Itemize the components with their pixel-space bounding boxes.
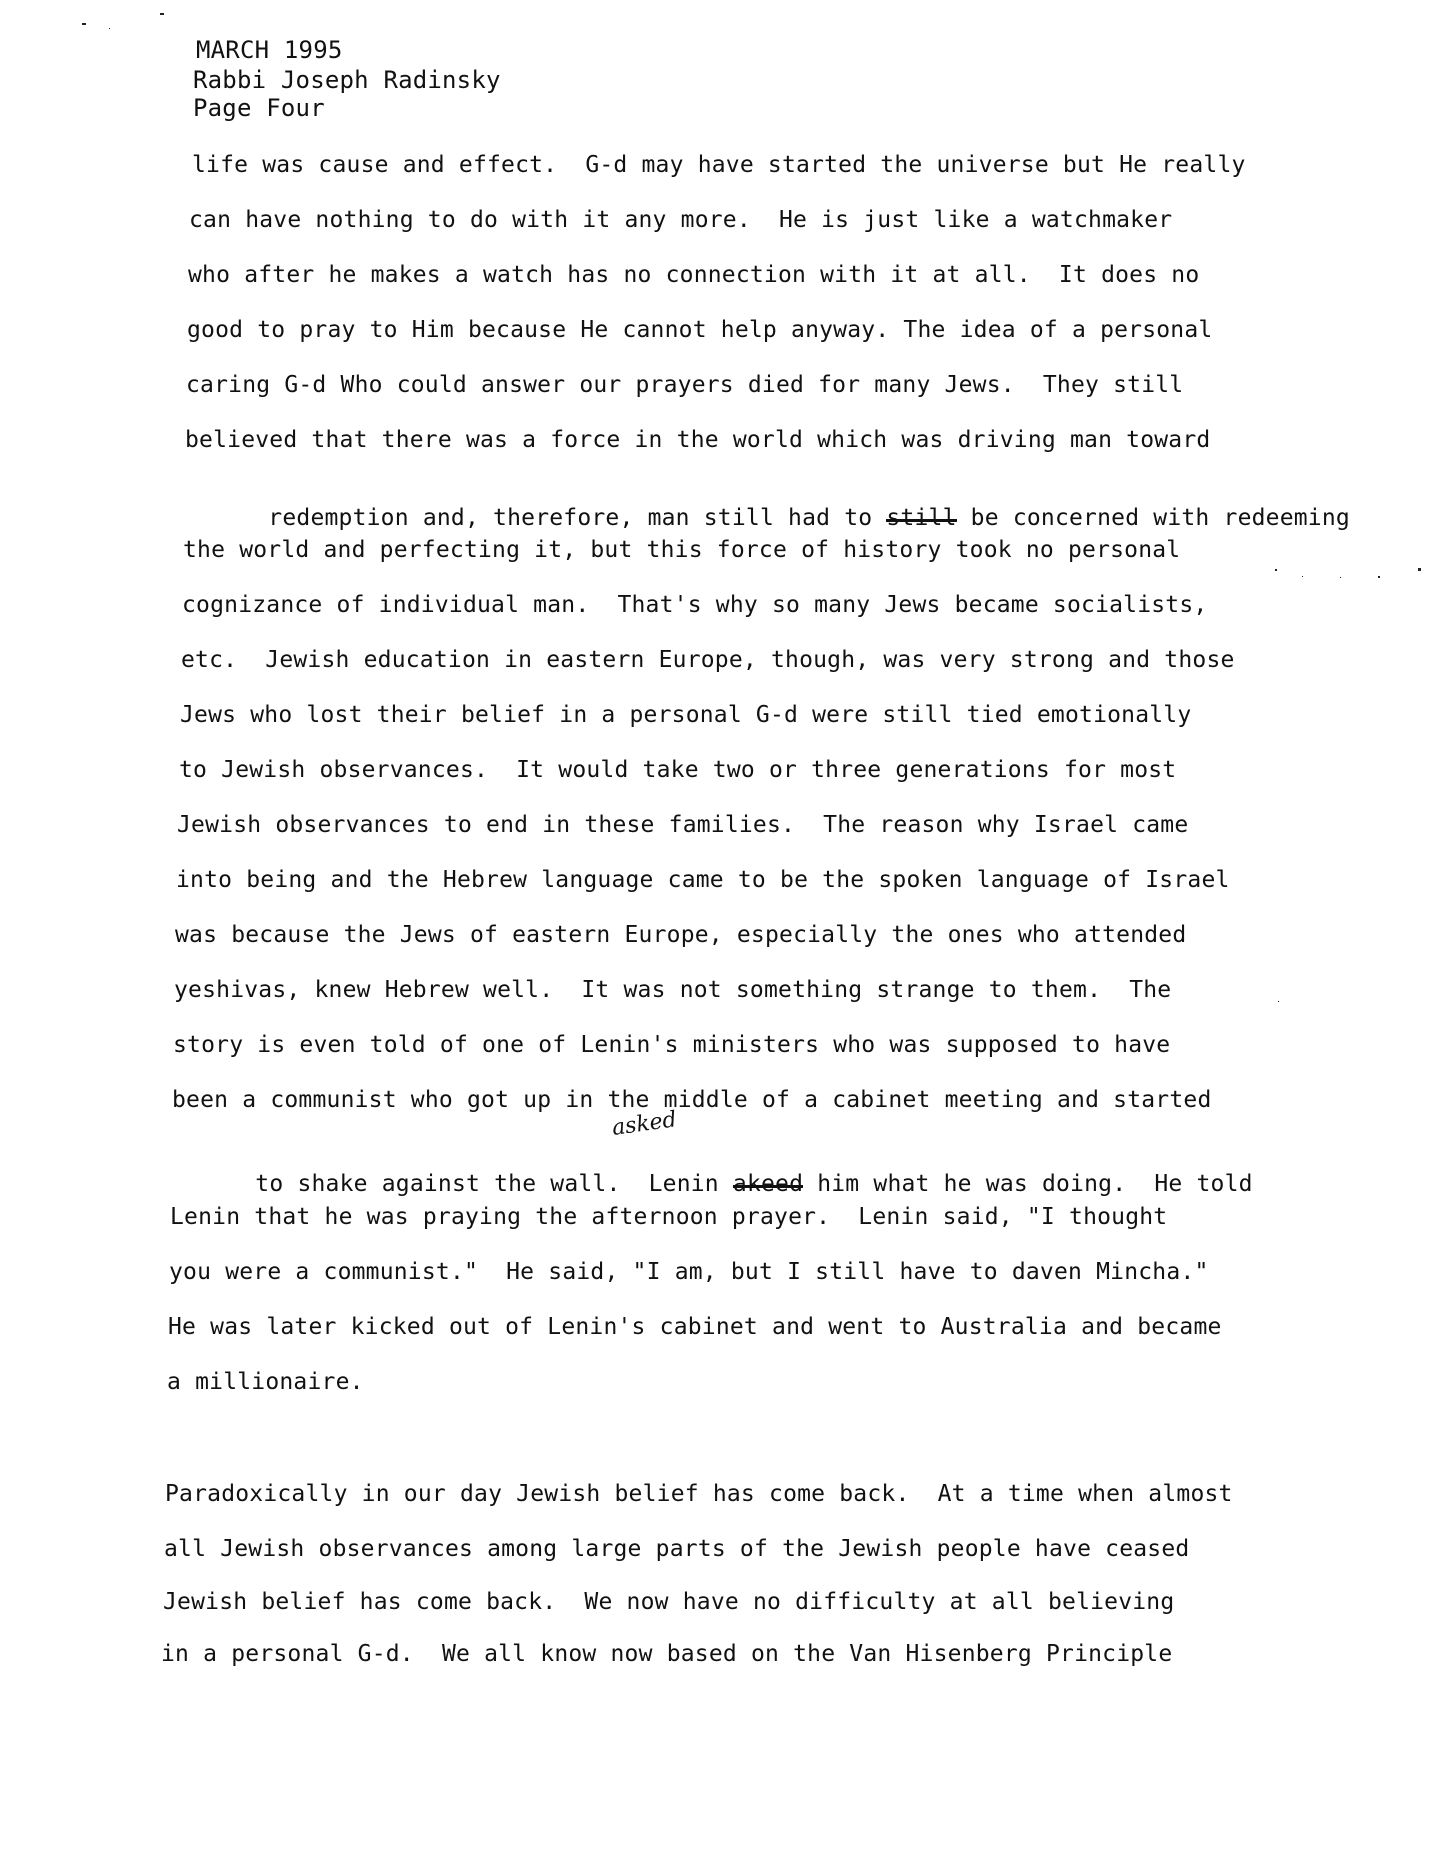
scan-speck: [1418, 568, 1421, 571]
scan-speck: [160, 13, 164, 15]
text-line: to Jewish observances. It would take two…: [179, 759, 1176, 782]
header-date: MARCH 1995: [196, 38, 343, 62]
text-line: Lenin that he was praying the afternoon …: [170, 1206, 1167, 1229]
text-line: cognizance of individual man. That's why…: [182, 594, 1207, 617]
text-line: Jewish observances to end in these famil…: [177, 814, 1188, 837]
text-segment: to shake against the wall. Lenin: [255, 1171, 733, 1197]
text-line: life was cause and effect. G-d may have …: [192, 154, 1246, 177]
struck-word: still: [886, 507, 956, 530]
text-segment: redemption and, therefore, man still had…: [268, 505, 886, 531]
text-segment: him what he was doing. He told: [803, 1171, 1253, 1197]
scan-speck: [82, 23, 86, 25]
text-line: Jewish belief has come back. We now have…: [163, 1591, 1174, 1614]
text-line: into being and the Hebrew language came …: [176, 869, 1230, 892]
text-line: can have nothing to do with it any more.…: [189, 209, 1172, 232]
text-line: was because the Jews of eastern Europe, …: [175, 924, 1186, 947]
text-line: you were a communist." He said, "I am, b…: [169, 1261, 1209, 1284]
text-line: a millionaire.: [167, 1371, 364, 1394]
text-line: He was later kicked out of Lenin's cabin…: [168, 1316, 1222, 1339]
text-line: yeshivas, knew Hebrew well. It was not s…: [174, 979, 1171, 1002]
header-author: Rabbi Joseph Radinsky: [193, 68, 501, 92]
scan-speck: [1278, 1001, 1279, 1002]
document-page: MARCH 1995 Rabbi Joseph Radinsky Page Fo…: [0, 0, 1430, 1851]
text-line: caring G-d Who could answer our prayers …: [186, 374, 1183, 397]
text-line: believed that there was a force in the w…: [185, 429, 1210, 452]
text-segment: be concerned with redeeming: [957, 505, 1350, 531]
text-line: who after he makes a watch has no connec…: [188, 264, 1199, 287]
text-line: the world and perfecting it, but this fo…: [183, 539, 1180, 562]
text-line: etc. Jewish education in eastern Europe,…: [181, 649, 1235, 672]
header-page-number: Page Four: [193, 96, 325, 120]
scan-speck: [1302, 576, 1303, 577]
text-line: in a personal G-d. We all know now based…: [161, 1643, 1172, 1666]
text-line: Paradoxically in our day Jewish belief h…: [165, 1483, 1233, 1506]
text-line: story is even told of one of Lenin's min…: [173, 1034, 1170, 1057]
scan-speck: [1340, 577, 1341, 578]
scan-speck: [109, 28, 110, 29]
text-line: all Jewish observances among large parts…: [164, 1538, 1189, 1561]
text-line: Jews who lost their belief in a personal…: [180, 704, 1191, 727]
scan-speck: [1275, 569, 1277, 571]
text-line: good to pray to Him because He cannot he…: [187, 319, 1212, 342]
scan-speck: [1378, 576, 1380, 578]
struck-word: akeed: [733, 1173, 803, 1196]
text-line: been a communist who got up in the middl…: [172, 1089, 1212, 1112]
